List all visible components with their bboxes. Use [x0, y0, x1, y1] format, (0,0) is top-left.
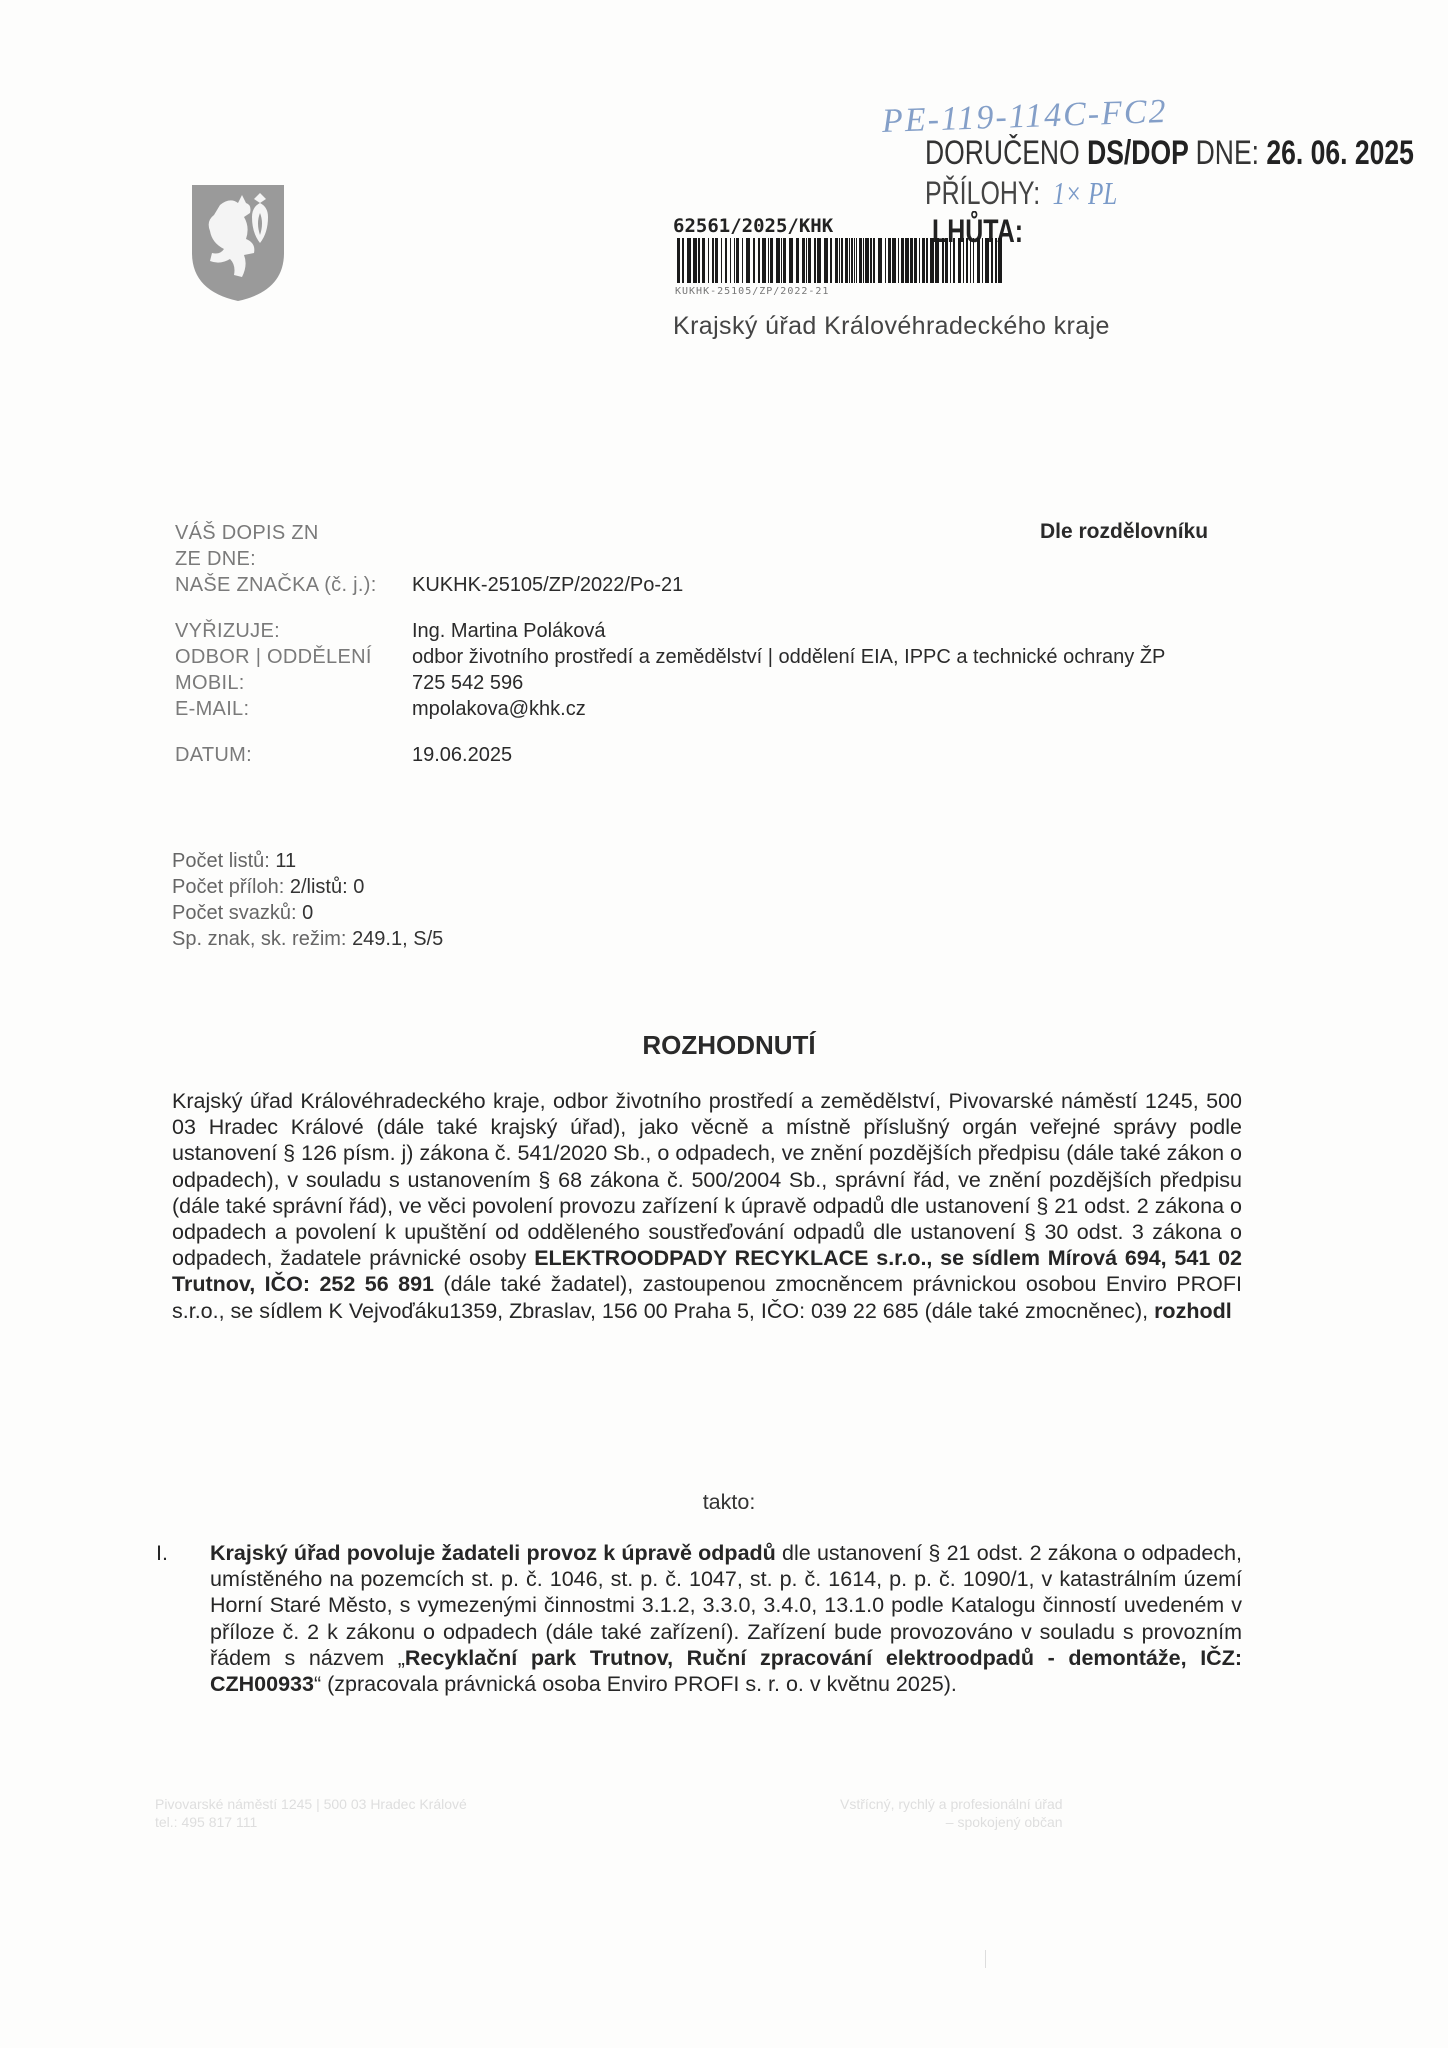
coat-of-arms-icon [190, 183, 286, 303]
attachments-handwritten: 1× PL [1053, 175, 1118, 211]
decision-item: I. Krajský úřad povoluje žadateli provoz… [156, 1540, 1242, 1697]
department-value: odbor životního prostředí a zemědělství … [412, 644, 1212, 670]
barcode-caption: KUKHK-25105/ZP/2022-21 [675, 286, 829, 297]
attachments-label: PŘÍLOHY: [925, 175, 1040, 211]
delivered-stamp: DORUČENO DS/DOP DNE: 26. 06. 2025 [925, 134, 1414, 173]
footer-left-line-1: Pivovarské náměstí 1245 | 500 03 Hradec … [155, 1795, 467, 1813]
intro-text-1: Krajský úřad Královéhradeckého kraje, od… [172, 1089, 1242, 1270]
attachments-count-value: 2/listů: 0 [290, 876, 364, 898]
email-value[interactable]: mpolakova@khk.cz [412, 696, 1212, 722]
volumes-label: Počet svazků: [172, 902, 297, 924]
scan-artifact [985, 1950, 986, 1968]
filing-label: Sp. znak, sk. režim: [172, 928, 347, 950]
date-label: DATUM: [175, 742, 412, 768]
decided-word: rozhodl [1154, 1299, 1232, 1323]
item-text: Krajský úřad povoluje žadateli provoz k … [210, 1540, 1242, 1697]
footer-address: Pivovarské náměstí 1245 | 500 03 Hradec … [155, 1795, 467, 1831]
from-date-value [412, 546, 1212, 572]
footer-right-line-2: – spokojený občan [840, 1813, 1063, 1831]
your-letter-value [412, 520, 1212, 546]
delivered-label-tail: DNE: [1196, 134, 1259, 172]
delivered-label: DORUČENO [925, 134, 1080, 172]
barcode-icon [675, 238, 1005, 283]
takto-label: takto: [0, 1490, 1448, 1515]
email-label: E-MAIL: [175, 696, 412, 722]
sheets-value: 11 [275, 850, 296, 872]
footer-left-line-2: tel.: 495 817 111 [155, 1813, 467, 1831]
metadata-block: VÁŠ DOPIS ZN ZE DNE: NAŠE ZNAČKA (č. j.)… [175, 520, 1212, 768]
delivered-label-bold: DS/DOP [1087, 134, 1188, 172]
item-number: I. [156, 1540, 210, 1697]
from-date-label: ZE DNE: [175, 546, 412, 572]
office-name: Krajský úřad Královéhradeckého kraje [673, 312, 1110, 341]
intro-paragraph: Krajský úřad Královéhradeckého kraje, od… [172, 1088, 1242, 1324]
document-title: ROZHODNUTÍ [0, 1030, 1448, 1061]
footer-right-line-1: Vstřícný, rychlý a profesionální úřad [840, 1795, 1063, 1813]
filing-value: 249.1, S/5 [352, 928, 443, 950]
footer-slogan: Vstřícný, rychlý a profesionální úřad – … [840, 1795, 1063, 1831]
item-text-2: “ (zpracovala právnická osoba Enviro PRO… [314, 1672, 957, 1696]
volumes-value: 0 [302, 902, 313, 924]
mobile-label: MOBIL: [175, 670, 412, 696]
our-ref-label: NAŠE ZNAČKA (č. j.): [175, 572, 412, 598]
delivered-date: 26. 06. 2025 [1266, 134, 1413, 172]
item-bold-1: Krajský úřad povoluje žadateli provoz k … [210, 1541, 776, 1565]
date-value: 19.06.2025 [412, 742, 1212, 768]
handled-by-value: Ing. Martina Poláková [412, 618, 1212, 644]
handled-by-label: VYŘIZUJE: [175, 618, 412, 644]
mobile-value: 725 542 596 [412, 670, 1212, 696]
attachments-count-label: Počet příloh: [172, 876, 284, 898]
department-label: ODBOR | ODDĚLENÍ [175, 644, 412, 670]
document-number: 62561/2025/KHK [673, 215, 833, 237]
our-ref-value: KUKHK-25105/ZP/2022/Po-21 [412, 572, 1212, 598]
attachments-stamp: PŘÍLOHY:1× PL [925, 175, 1117, 212]
sheets-label: Počet listů: [172, 850, 270, 872]
your-letter-label: VÁŠ DOPIS ZN [175, 520, 412, 546]
counts-block: Počet listů: 11 Počet příloh: 2/listů: 0… [172, 848, 443, 952]
